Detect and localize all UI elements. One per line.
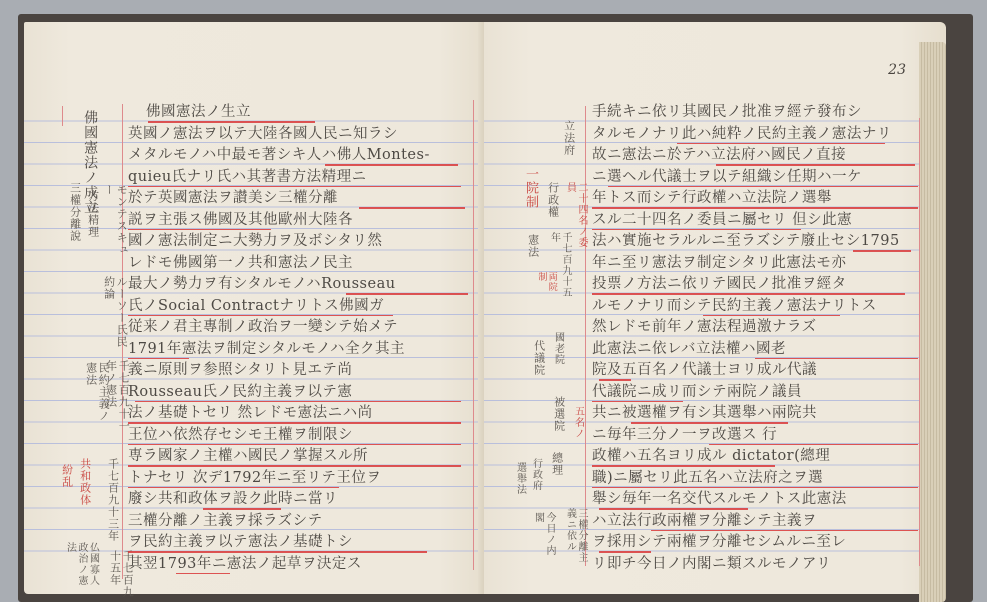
text-line: 然レドモ前年ノ憲法程過激ナラズ [592, 317, 918, 339]
section-heading: 佛國憲法ノ生立 [128, 102, 468, 124]
text-line: 共ニ被選權ヲ有シ其選舉ハ兩院共 [592, 403, 918, 425]
text-line: 法ノ基礎トセリ 然レドモ憲法ニハ尚 [128, 403, 468, 425]
margin-note-republic: 共和政体 [78, 458, 91, 528]
text-line: リ即チ今日ノ内閣ニ類スルモノアリ [592, 554, 918, 576]
text-line: 王位ハ依然存セシモ王權ヲ制限シ [128, 425, 468, 447]
text-line: 職)ニ屬セリ此五名ハ立法府之ヲ選 [592, 468, 918, 490]
text-line: 従来ノ君主專制ノ政治ヲ一變シテ始メテ [128, 317, 468, 339]
notebook: 佛國憲法ノ成立 モンテスキュー 方法精理 三權分離說 ルーソー氏民約論 千七百九… [18, 14, 973, 602]
left-page: 佛國憲法ノ成立 モンテスキュー 方法精理 三權分離說 ルーソー氏民約論 千七百九… [24, 22, 484, 594]
text-line: レドモ佛國第一ノ共和憲法ノ民主 [128, 253, 468, 275]
text-line: 投票ノ方法ニ依リテ國民ノ批准ヲ經タ [592, 274, 918, 296]
text-line: 國ノ憲法制定ニ大勢力ヲ及ボシタリ然 [128, 231, 468, 253]
margin-note-bicameral: 両院制 [536, 272, 557, 292]
text-line: 年トス而シテ行政權ハ立法院ノ選舉 [592, 188, 918, 210]
margin-note-unicameral: 一院制 [522, 167, 537, 212]
text-line: 年ニ至リ憲法ヲ制定シタリ此憲法モ亦 [592, 253, 918, 275]
text-line: 手続キニ依リ其國民ノ批准ヲ經テ發布シ [592, 102, 918, 124]
text-line: 故ニ憲法ニ於テハ立法府ハ國民ノ直接 [592, 145, 918, 167]
right-page-text: 手続キニ依リ其國民ノ批准ヲ經テ發布シ タルモノナリ此ハ純粋ノ民約主義ノ憲法ナリ … [592, 102, 918, 575]
text-line: ニ毎年三分ノ一ヲ改選ス 行 [592, 425, 918, 447]
text-line: メタルモノハ中最モ著シキ人ハ佛人Montes- [128, 145, 468, 167]
text-line: 舉シ毎年一名交代スルモノトス此憲法 [592, 489, 918, 511]
text-line: スル二十四名ノ委員ニ屬セリ 但シ此憲 [592, 210, 918, 232]
text-line: 於テ英國憲法ヲ讃美シ三權分離 [128, 188, 468, 210]
text-line: 此憲法ニ依レバ立法權ハ國老 [592, 339, 918, 361]
margin-note-elected-house: 被選院 [552, 396, 565, 436]
margin-note-disorder: 紛乱 [60, 464, 73, 514]
text-line: 法ハ實施セラルルニ至ラズシテ廢止セシ1795 [592, 231, 918, 253]
text-line: 三權分離ノ主義ヲ採ラズシテ [128, 511, 468, 533]
text-line: トナセリ 次デ1792年ニ至リテ王位ヲ [128, 468, 468, 490]
margin-note-social-contract: 民約主義ノ憲法 [84, 362, 109, 432]
text-line: Rousseau氏ノ民約主義ヲ以テ憲 [128, 382, 468, 404]
text-line: 1791年憲法ヲ制定シタルモノハ全ク其主 [128, 339, 468, 361]
page-edges [919, 42, 946, 602]
text-line: ヲ採用シテ兩權ヲ分離セシムルニ至レ [592, 532, 918, 554]
margin-note-oligarchy: 仏國寡人政治ノ憲法 [64, 542, 99, 592]
text-line: 代議院ニ成リ而シテ兩院ノ議員 [592, 382, 918, 404]
margin-note-executive: 行政權 [546, 182, 559, 222]
text-line: ニ選ヘル代議士ヲ以テ組織シ任期ハ一ケ [592, 167, 918, 189]
text-line: 英國ノ憲法ヲ以テ大陸各國人民ニ知ラシ [128, 124, 468, 146]
text-line: quieu氏ナリ氏ハ其著書方法精理ニ [128, 167, 468, 189]
text-line: 義ニ原則ヲ参照シタリト見エテ尚 [128, 360, 468, 382]
margin-note-rousseau: ルーソー氏民約論 [102, 276, 127, 356]
text-line: 専ラ國家ノ主權ハ國民ノ掌握スル所 [128, 446, 468, 468]
right-margin-rule [473, 100, 474, 570]
margin-note-separation-of-powers: 三權分離主義ニ依ル [564, 508, 587, 568]
text-line: 説ヲ主張ス佛國及其他歐州大陸各 [128, 210, 468, 232]
margin-note-cabinet: 今日ノ内閣 [532, 512, 555, 562]
text-line: ヲ民約主義ヲ以テ憲法ノ基礎トシ [128, 532, 468, 554]
text-line: 廢シ共和政体ヲ設ク此時ニ當リ [128, 489, 468, 511]
left-margin-rule [585, 106, 586, 566]
text-line: タルモノナリ此ハ純粋ノ民約主義ノ憲法ナリ [592, 124, 918, 146]
margin-note-house-of-representatives: 代議院 [532, 340, 545, 380]
margin-note-legislature: 立法府 [562, 120, 575, 160]
text-line: 院及五百名ノ代議士ヨリ成ル代議 [592, 360, 918, 382]
text-line: 氏ノSocial Contractナリトス佛國ガ [128, 296, 468, 318]
margin-note-council-of-elders: 國老院 [552, 332, 564, 372]
margin-rule-tick [62, 106, 63, 126]
margin-note-montesquieu: モンテスキュー [102, 184, 127, 264]
left-page-text: 佛國憲法ノ生立 英國ノ憲法ヲ以テ大陸各國人民ニ知ラシ メタルモノハ中最モ著シキ人… [128, 102, 468, 575]
margin-note-election-law: 選舉法 [514, 462, 526, 502]
text-line: 其翌1793年ニ憲法ノ起草ヲ決定ス [128, 554, 468, 576]
text-line: 政權ハ五名ヨリ成ル dictator(總理 [592, 446, 918, 468]
margin-note-constitution: 憲法 [526, 234, 539, 264]
margin-note-executive-branch: 行政府 [530, 458, 542, 498]
margin-note-three-powers: 三權分離說 [68, 182, 81, 252]
text-line: 最大ノ勢力ヲ有シタルモノハRousseau [128, 274, 468, 296]
right-page: 23 立法府 一院制 行政權 二十四名ノ委員 憲法 千七百九十五年 両院制 代議… [484, 22, 946, 594]
margin-note-1793: 千七百九十三年 [106, 458, 119, 548]
page-number: 23 [888, 62, 906, 78]
margin-note-premier: 總理 [550, 452, 563, 492]
text-line: ルモノナリ而シテ民約主義ノ憲法ナリトス [592, 296, 918, 318]
margin-note-five-members: 五名ノ [572, 406, 584, 446]
margin-note-method: 方法精理 [86, 190, 99, 250]
text-line: ハ立法行政兩權ヲ分離シテ主義ヲ [592, 511, 918, 533]
right-margin-rule [919, 118, 920, 566]
